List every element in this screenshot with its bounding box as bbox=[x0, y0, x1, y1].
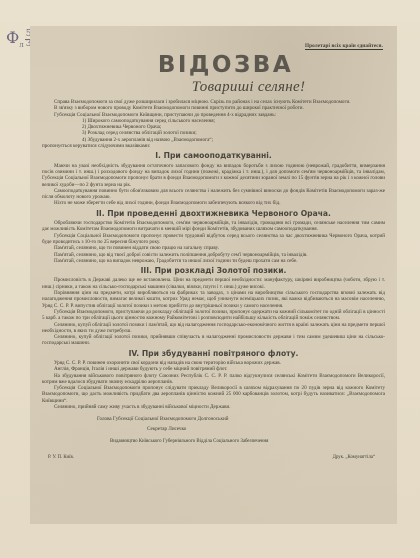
section-paragraph: Маючи на увазі необхідність збудування о… bbox=[42, 163, 385, 188]
section-heading: II. При проведенні двохтижневика Червоно… bbox=[42, 211, 385, 217]
section-paragraph: Самооподаткування повинно бути обов'язко… bbox=[42, 188, 385, 201]
section-paragraph: Обробляючи господарство Комітетів Взаємо… bbox=[42, 220, 385, 233]
section-paragraph: На збудування військового повітряного фл… bbox=[42, 373, 385, 386]
document-title: ВІДОЗВА bbox=[42, 52, 385, 78]
section-heading: IV. При збудуванні повітряного флоту. bbox=[42, 351, 385, 357]
section-paragraph: Селянино, купуй облігації золотої позики… bbox=[42, 322, 385, 335]
slogan: Пролетарі всіх країн єднайтеся. bbox=[305, 43, 383, 50]
footer-right: Друк. „Комунаттіла“ bbox=[333, 455, 375, 460]
section-heading: I. При самооподаткуванні. bbox=[42, 153, 385, 159]
print-footer: Р. У. П. Київ. Друк. „Комунаттіла“ bbox=[42, 455, 385, 460]
intro-tail: пропонується керуватися слідуючими вказі… bbox=[42, 143, 385, 149]
tasks-list: 1) Широкого самооподаткування серед сіль… bbox=[42, 118, 385, 143]
section-heading: III. При розкладі Золотої позики. bbox=[42, 268, 385, 274]
signature-secretary: Секретар Лисечко bbox=[42, 426, 385, 432]
section-paragraph: Губсекція Соціальної Взаємодопомоги проп… bbox=[42, 233, 385, 246]
document-subtitle: Товариші селяне! bbox=[42, 79, 385, 96]
archive-fond-symbol: Ф bbox=[6, 30, 19, 46]
section-paragraph: Промисловість в Державі далеко ще не вст… bbox=[42, 277, 385, 290]
section-paragraph: Губсекція Соціальної Взаємодопомоги проп… bbox=[42, 385, 385, 404]
archive-sub: л bbox=[19, 42, 23, 49]
section-paragraph: Селянино, купуй облігації золотої позики… bbox=[42, 334, 385, 347]
section-paragraph: Пам'ятай, селянино, що на випадок неврож… bbox=[42, 258, 385, 264]
section-paragraph: Ніхто не може зберегти себе від лихої го… bbox=[42, 200, 385, 206]
section-paragraph: Губсекція Взаємодопомоги, приступаючи до… bbox=[42, 309, 385, 322]
signature-head: Голова Губсекції Соціальної Взаємодопомо… bbox=[42, 416, 385, 422]
document-body: Справа Взаємодопомоги за свої дуже розши… bbox=[42, 99, 385, 410]
publisher-line: Видавництво Київського Губерніяльного Ві… bbox=[42, 439, 385, 445]
section-paragraph: Порівняння ціни на предмети, котрі вироб… bbox=[42, 290, 385, 309]
footer-left: Р. У. П. Київ. bbox=[48, 455, 74, 460]
document-sheet: Пролетарі всіх країн єднайтеся. ВІДОЗВА … bbox=[30, 26, 397, 524]
signatures: Голова Губсекції Соціальної Взаємодопомо… bbox=[42, 416, 385, 445]
section-paragraph: Селянино, прийняй саму живу участь в збу… bbox=[42, 404, 385, 410]
